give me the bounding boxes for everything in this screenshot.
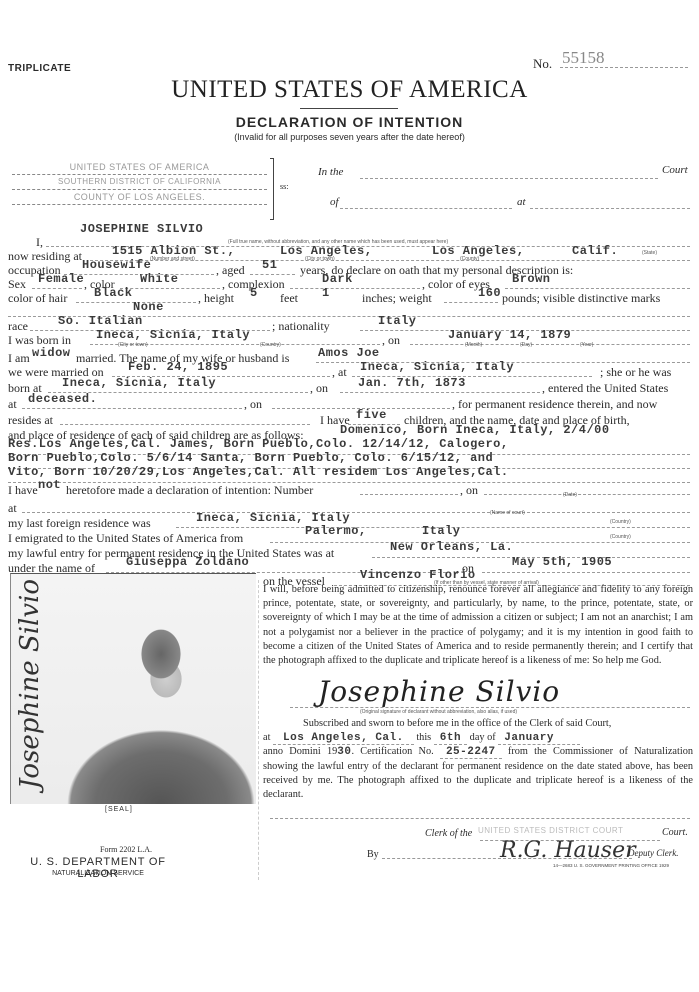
ss-label: ss:: [280, 182, 288, 191]
jurat-year: 30: [337, 746, 351, 758]
jurat-anno-label: anno Domini 19: [263, 746, 337, 757]
caption-county: (County): [460, 256, 479, 262]
birthplace-value: Ineca, Sicnia, Italy: [96, 328, 250, 342]
jurat-this-label: this: [416, 732, 431, 743]
child-line-1: Domenico, Born Ineca, Italy, 2/4/00: [340, 423, 610, 437]
prior-decl-text: heretofore made a declaration of intenti…: [66, 483, 313, 497]
jurat-block: Subscribed and sworn to before me in the…: [263, 717, 693, 802]
birth-date-value: January 14, 1879: [448, 328, 571, 342]
aged-label: , aged: [216, 263, 245, 277]
jurat-cert-no: 25-2247: [440, 746, 502, 759]
caption-birth-country: (Country): [260, 342, 281, 348]
spouse-birthplace-value: Ineca, Sicnia, Italy: [62, 376, 216, 390]
child-line-4: Vito, Born 10/20/29,Los Angeles,Cal. All…: [8, 465, 509, 479]
caption-city: (City or town): [305, 256, 335, 262]
entry-name-value: Giuseppa Zoldano: [126, 555, 249, 569]
i-label: I,: [36, 235, 43, 249]
caption-emigrated-country: (Country): [610, 534, 631, 540]
last-residence-label: my last foreign residence was: [8, 516, 151, 530]
copy-label: TRIPLICATE: [8, 63, 71, 74]
weight-value: 160: [478, 286, 501, 300]
caption-prior-date: (Date): [563, 492, 577, 498]
born-label: I was born in: [8, 333, 71, 347]
jurat-intro: Subscribed and sworn to before me in the…: [263, 717, 693, 731]
complexion-line: [290, 278, 420, 289]
title-rule: [300, 108, 398, 109]
venue-line-3: COUNTY OF LOS ANGELES.: [12, 190, 267, 205]
emigrated-country-value: Italy: [422, 524, 461, 538]
service-name: NATURALIZATION SERVICE: [8, 870, 188, 877]
page-title: UNITED STATES OF AMERICA: [0, 76, 699, 104]
of-field: [340, 198, 512, 209]
venue-bracket: [270, 158, 274, 220]
sex-value: Female: [38, 272, 84, 286]
caption-birth-city: (City or town): [118, 342, 148, 348]
spouse-on-label: , on: [310, 381, 328, 395]
clerk-court-label: Court.: [662, 827, 688, 838]
validity-note: (Invalid for all purposes seven years af…: [0, 132, 699, 142]
seal-label: [SEAL]: [105, 806, 133, 813]
prior-decl-value: not: [38, 478, 61, 492]
clerk-of-label: Clerk of the: [425, 828, 472, 839]
of-label: of: [330, 196, 339, 208]
prior-decl-label: I have: [8, 483, 38, 497]
height-label: , height: [198, 291, 234, 305]
photo-signature: Josephine Silvio: [15, 579, 45, 789]
court-label: Court: [662, 164, 688, 176]
children-count-value: five: [356, 408, 387, 422]
jurat-at-label: at: [263, 732, 270, 743]
by-label: By: [367, 849, 379, 860]
venue-line-1: UNITED STATES OF AMERICA: [12, 160, 267, 174]
jurat-place: Los Angeles, Cal.: [273, 732, 414, 745]
caption-last-country: (Country): [610, 519, 631, 525]
declarant-name: JOSEPHINE SILVIO: [80, 222, 203, 236]
spouse-birth-date-value: Jan. 7th, 1873: [358, 376, 466, 390]
at-label: at: [517, 196, 526, 208]
occupation-value: Housewife: [82, 258, 151, 272]
entered-text: , entered the United States: [542, 381, 668, 395]
born-on-label: , on: [382, 333, 400, 347]
address-state: Calif.: [572, 244, 618, 258]
declarant-signature: Josephine Silvio: [318, 675, 560, 708]
entry-place-value: New Orleans, La.: [390, 540, 513, 554]
at-field: [530, 198, 690, 209]
court-name-field: [360, 168, 658, 179]
signature-line: [290, 707, 690, 708]
document-number: 55158: [562, 48, 605, 68]
form-number: Form 2202 L.A.: [100, 845, 152, 854]
jurat-month: January: [498, 732, 580, 745]
deputy-clerk-label: Deputy Clerk.: [628, 848, 678, 858]
jurat-cert-label: . Certification No.: [351, 746, 433, 757]
number-line: [560, 67, 688, 68]
marriage-date-value: Feb. 24, 1895: [128, 360, 228, 374]
nationality-value: Italy: [378, 314, 417, 328]
prior-court-line: [22, 502, 690, 513]
declarant-photo: Josephine Silvio: [10, 573, 256, 804]
age-value: 51: [262, 258, 277, 272]
spouse-entry-value: deceased.: [28, 392, 97, 406]
emigrated-label: I emigrated to the United States of Amer…: [8, 531, 243, 545]
hair-value: Black: [94, 286, 133, 300]
number-label: No.: [533, 56, 552, 72]
resides-line: [60, 414, 310, 425]
clerk-court-name: UNITED STATES DISTRICT COURT: [478, 826, 623, 835]
eyes-value: Brown: [512, 272, 551, 286]
prior-on-label: , on: [460, 483, 478, 497]
sex-label: Sex: [8, 277, 26, 291]
caption-street: (Number and street): [150, 256, 195, 262]
entry-date-value: May 5th, 1905: [512, 555, 612, 569]
nationality-label: ; nationality: [272, 319, 330, 333]
marks-value: None: [133, 300, 164, 314]
marriage-place-value: Ineca, Sicnia, Italy: [360, 360, 514, 374]
in-the-label: In the: [318, 166, 343, 178]
prior-number-line: [360, 484, 458, 495]
pounds-label: pounds; visible distinctive marks: [502, 291, 660, 305]
feet-label: feet: [280, 291, 298, 305]
caption-name-court: (Name of court): [490, 510, 525, 516]
color-value: White: [140, 272, 179, 286]
signature-caption: (Original signature of declarant without…: [360, 709, 517, 715]
inches-label: inches; weight: [362, 291, 432, 305]
permanent-text: , for permanent residence therein, and n…: [452, 397, 657, 411]
entry-on-label: , on: [244, 397, 262, 411]
entry-at-label: at: [8, 397, 17, 411]
caption-birth-year: (Year): [580, 342, 593, 348]
venue-block: UNITED STATES OF AMERICA SOUTHERN DISTRI…: [12, 160, 267, 205]
complexion-value: Dark: [322, 272, 353, 286]
prior-date-line: [484, 484, 690, 495]
race-value: So. Italian: [58, 314, 143, 328]
jurat-day: 6th: [434, 732, 467, 745]
printer-mark: 14—2683 U. S. GOVERNMENT PRINTING OFFICE…: [553, 863, 669, 868]
spouse-name-value: Amos Joe: [318, 346, 380, 360]
height-inches-value: 1: [322, 286, 330, 300]
hair-label: color of hair: [8, 291, 67, 305]
photo-divider: [258, 580, 259, 880]
height-feet-value: 5: [250, 286, 258, 300]
resides-label: resides at: [8, 413, 53, 427]
oath-text: I will, before being admitted to citizen…: [263, 583, 693, 668]
i-am-label: I am: [8, 351, 30, 365]
marital-status-value: widow: [32, 346, 71, 360]
child-line-2: Res.Los Angeles,Cal. James, Born Pueblo,…: [8, 437, 509, 451]
jurat-day-of-label: day of: [470, 732, 496, 743]
last-residence-value: Ineca, Sicnia, Italy: [196, 511, 350, 525]
venue-line-2: SOUTHERN DISTRICT OF CALIFORNIA: [12, 174, 267, 190]
clerk-top-line: [270, 818, 690, 819]
race-label: race: [8, 319, 28, 333]
clerk-signature: R.G. Hauser: [500, 838, 636, 863]
child-line-3: Born Pueblo,Colo. 5/6/14 Santa, Born Pue…: [8, 451, 493, 465]
caption-birth-day: (Day): [520, 342, 532, 348]
residing-label: now residing at: [8, 249, 82, 263]
emigrated-city-value: Palermo,: [305, 524, 367, 538]
document-subtitle: DECLARATION OF INTENTION: [0, 114, 699, 130]
caption-birth-month: (Month): [465, 342, 482, 348]
marriage-at-label: , at: [332, 365, 347, 379]
she-or-he-text: ; she or he was: [600, 365, 671, 379]
caption-state: (State): [642, 250, 657, 256]
prior-at-label: at: [8, 501, 17, 515]
